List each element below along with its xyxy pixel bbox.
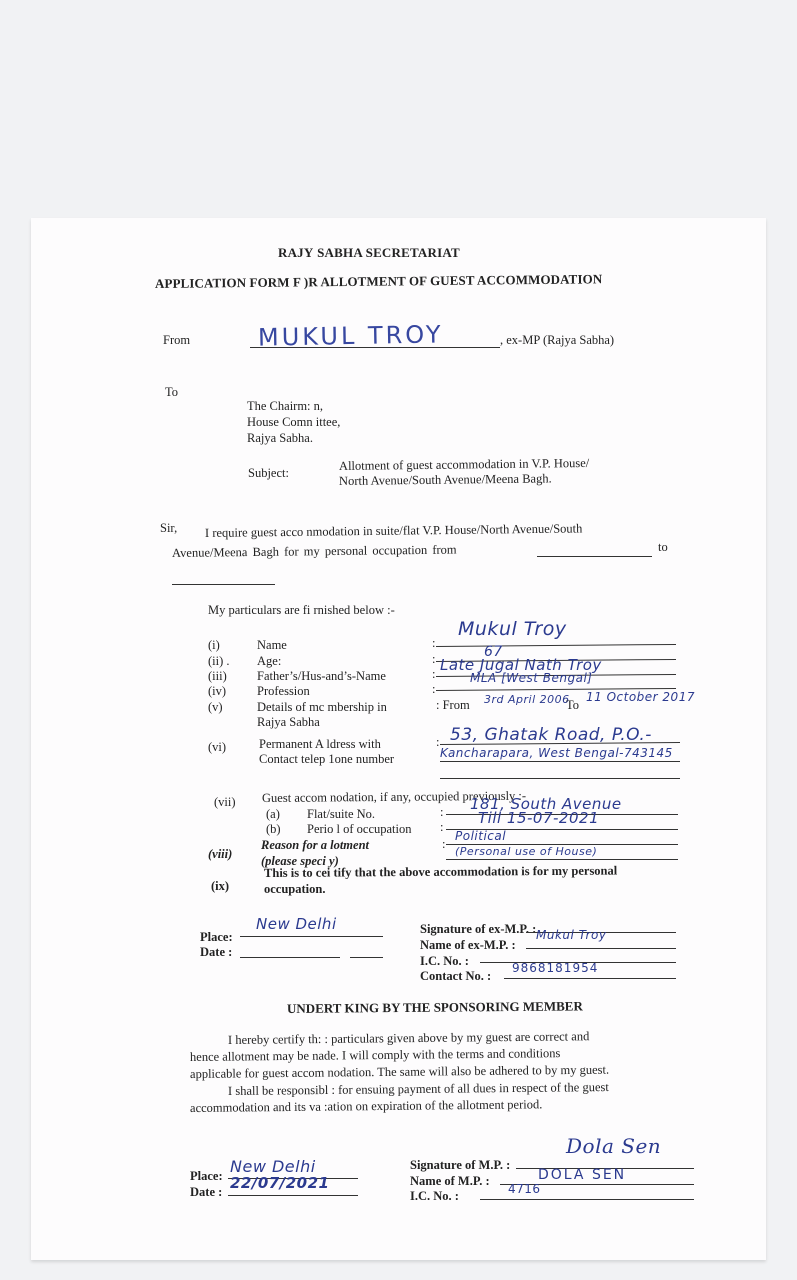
membership-label: Details of mc mbership in [257,700,387,715]
item-num-v: (v) [208,700,223,715]
reason-colon: : [442,837,445,852]
to-address-line-3: Rajya Sabha. [247,431,313,446]
to-address-line-1: The Chairm: n, [247,399,323,414]
sponsor-ic-line [480,1199,694,1200]
sponsor-date-line [228,1195,358,1196]
period-colon: : [440,820,443,835]
age-label: Age: [257,654,281,669]
reason-value[interactable]: Political [455,829,506,843]
membership-label-2: Rajya Sabha [257,715,320,730]
undertaking-title: UNDERT KING BY THE SPONSORING MEMBER [287,998,583,1017]
father-name-label: Father’s/Hus-and’s-Name [257,669,386,684]
address-line-3 [440,778,680,779]
address-value-2[interactable]: Kancharapara, West Bengal-743145 [440,746,673,760]
applicant-contact-label: Contact No. : [420,969,491,984]
sponsor-signature-value[interactable]: Dola Sen [566,1134,661,1158]
flat-no-label: Flat/suite No. [307,807,375,822]
subject-line-2: North Avenue/South Avenue/Meena Bagh. [339,471,552,489]
applicant-name-value[interactable]: Mukul Troy [536,928,606,942]
address-label-2: Contact telep 1one number [259,752,394,767]
secretariat-heading: RAJY SABHA SECRETARIAT [278,245,460,261]
membership-from-value[interactable]: 3rd April 2006 [484,693,570,706]
profession-colon: : [432,682,435,697]
applicant-name-line [526,948,676,949]
sponsor-date-label: Date : [190,1185,222,1200]
flat-no-colon: : [440,805,443,820]
occupation-from-field[interactable] [537,556,652,557]
from-label: From [163,333,190,348]
applicant-place-line [240,936,383,937]
applicant-name-label: Name of ex-M.P. : [420,938,516,953]
applicant-place-value[interactable]: New Delhi [256,915,337,933]
to-label: To [165,385,178,400]
particulars-intro: My particulars are fi rnished below :- [208,603,395,618]
item-num-vii-a: (a) [266,807,280,822]
to-address-line-2: House Comn ittee, [247,415,340,430]
membership-to-value[interactable]: 11 October 2017 [586,690,695,704]
address-line-2 [440,761,680,762]
profession-label: Profession [257,684,310,699]
applicant-ic-label: I.C. No. : [420,954,469,969]
salutation: Sir, [160,521,177,536]
applicant-place-label: Place: [200,930,233,945]
sponsor-name-label: Name of M.P. : [410,1174,490,1189]
reason-line-2 [446,859,678,860]
name-label: Name [257,638,287,653]
subject-line-1: Allotment of guest accommodation in V.P.… [339,456,589,474]
sponsor-place-label: Place: [190,1169,223,1184]
item-num-iii: (iii) [208,669,227,684]
item-num-vi: (vi) [208,740,226,755]
period-value[interactable]: Till 15-07-2021 [478,809,599,827]
certify-text: This is to cei tify that the above accom… [264,864,617,881]
profession-value[interactable]: MLA [West Bengal] [470,671,592,685]
name-colon: : [432,636,435,651]
from-suffix: , ex-MP (Rajya Sabha) [500,333,614,348]
to-word: to [658,540,668,555]
subject-label: Subject: [248,466,289,481]
membership-from-label: : From [436,698,470,713]
applicant-date-label: Date : [200,945,232,960]
reason-label: Reason for a lotment [261,838,369,853]
from-name-line [250,347,500,348]
period-label: Perio l of occupation [307,822,412,837]
item-num-ix: (ix) [211,879,229,894]
item-num-vii-b: (b) [266,822,281,837]
sponsor-name-value[interactable]: DOLA SEN [538,1167,626,1183]
item-num-ii: (ii) . [208,654,230,669]
sponsor-date-value[interactable]: 22/07/2021 [230,1174,329,1192]
address-colon: : [436,735,439,750]
applicant-date-field[interactable] [240,957,340,958]
item-num-viii: (viii) [208,847,232,862]
item-num-vii: (vii) [214,795,236,810]
sponsor-ic-label: I.C. No. : [410,1189,459,1204]
age-colon: : [432,652,435,667]
applicant-contact-value[interactable]: 9868181954 [512,961,598,975]
item-num-i: (i) [208,638,220,653]
item-num-iv: (iv) [208,684,226,699]
name-value[interactable]: Mukul Troy [458,618,567,640]
sponsor-signature-label: Signature of M.P. : [410,1158,510,1173]
applicant-date-field-2 [350,957,383,958]
applicant-signature-label: Signature of ex-M.P. : [420,922,536,937]
membership-to-label: To [566,698,579,713]
sponsor-ic-value[interactable]: 4716 [508,1182,541,1196]
certify-text-2: occupation. [264,882,325,897]
occupation-to-field[interactable] [172,584,275,585]
address-label: Permanent A ldress with [259,737,381,752]
applicant-contact-line [504,978,676,979]
father-name-colon: : [432,667,435,682]
reason-value-2[interactable]: (Personal use of House) [455,845,597,858]
